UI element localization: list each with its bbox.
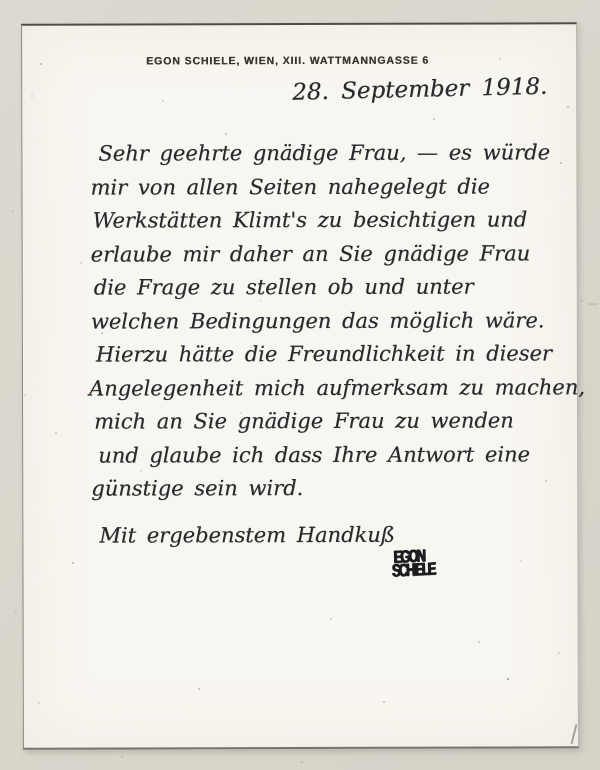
letter-line: Sehr geehrte gnädige Frau, — es würde: [98, 136, 548, 171]
signature-last-name: SCHIELE: [392, 562, 435, 578]
letter-line: erlaube mir daher an Sie gnädige Frau: [91, 237, 549, 272]
paper-edge-notch: [588, 303, 598, 305]
letter-paper: EGON SCHIELE, WIEN, XIII. WATTMANNGASSE …: [21, 22, 579, 749]
letter-line: mir von allen Seiten nahegelegt die: [90, 170, 548, 205]
letter-line: Hierzu hätte die Freundlichkeit in diese…: [96, 337, 549, 372]
scan-speckles-dark: [0, 0, 2, 2]
letter-date: 28. September 1918.: [292, 74, 548, 106]
letter-line: mich an Sie gnädige Frau zu wenden: [94, 404, 549, 439]
signature-block: EGON SCHIELE: [393, 549, 434, 578]
letter-line: Angelegenheit mich aufmerksam zu machen,: [89, 371, 549, 406]
scan-speckle-warm: [0, 0, 2, 2]
letter-line: und glaube ich dass Ihre Antwort eine: [98, 438, 549, 473]
letter-line: welchen Bedingungen das möglich wäre.: [91, 304, 549, 339]
letter-line: die Frage zu stellen ob und unter: [94, 270, 549, 305]
letter-line: Werkstätten Klimt's zu besichtigen und: [93, 203, 549, 238]
letter-body: Sehr geehrte gnädige Frau, — es würde mi…: [88, 136, 549, 552]
letter-closing: Mit ergebenstem Handkuß: [99, 518, 549, 553]
letterhead: EGON SCHIELE, WIEN, XIII. WATTMANNGASSE …: [146, 55, 429, 68]
scan-speckles-faint: [0, 0, 2, 2]
scanned-letter: EGON SCHIELE, WIEN, XIII. WATTMANNGASSE …: [0, 0, 600, 770]
letter-line: günstige sein wird.: [91, 471, 549, 506]
